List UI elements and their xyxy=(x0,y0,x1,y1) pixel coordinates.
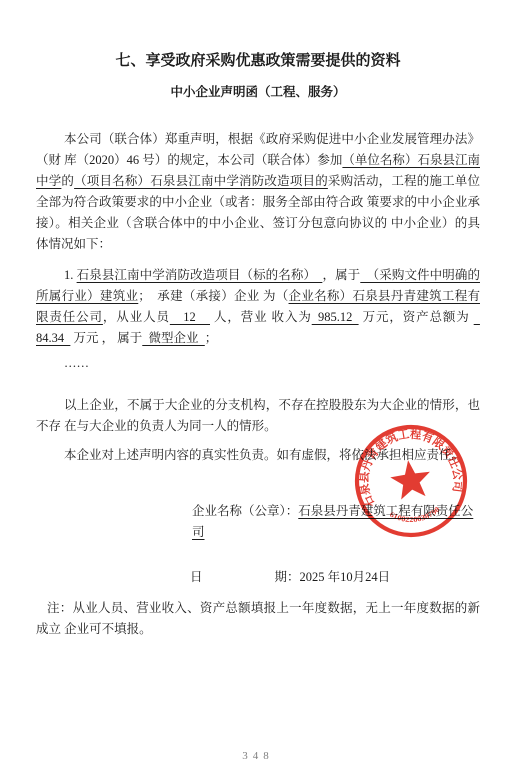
text-segment: 12 xyxy=(170,310,210,324)
date-word-qi: 期： xyxy=(275,570,300,584)
ellipsis-line: …… xyxy=(36,353,480,374)
text-segment: 万元 ， 属于 xyxy=(70,331,142,345)
text-segment: ； 承建（承接）企业 为（ xyxy=(138,289,288,303)
responsibility-paragraph: 本企业对上述声明内容的真实性负责。如有虚假，将依法承担相应责任。 xyxy=(36,445,480,466)
text-segment: 1. xyxy=(64,268,77,282)
document-title: 七、享受政府采购优惠政策需要提供的资料 xyxy=(36,52,480,70)
date-line: 日期：2025 年10月24日 xyxy=(190,567,480,588)
text-segment: 石泉县江南中学消防改造项目（标的名称） xyxy=(77,268,323,282)
document-subtitle: 中小企业声明函（工程、服务） xyxy=(36,85,480,100)
text-segment: 的 xyxy=(61,174,74,188)
company-name-line: 企业名称（公章）：石泉县丹青建筑工程有限责任公司 xyxy=(192,501,480,543)
date-word-ri: 日 xyxy=(190,570,203,584)
text-segment: ，从业人员 xyxy=(103,310,170,324)
company-name-label: 企业名称（公章）： xyxy=(192,504,298,518)
date-value: 2025 年10月24日 xyxy=(300,570,391,584)
text-segment: （项目名称）石泉县江南中学消防改造项目的 xyxy=(74,174,328,188)
text-segment: 万元，资产总额为 xyxy=(359,310,474,324)
text-segment: 985.12 xyxy=(312,310,359,324)
text-segment: ； xyxy=(205,331,218,345)
document-page: 七、享受政府采购优惠政策需要提供的资料 中小企业声明函（工程、服务） 本公司（联… xyxy=(0,0,516,774)
text-segment: ，属于 xyxy=(322,268,360,282)
declaration-intro-paragraph: 本公司（联合体）郑重声明，根据《政府采购促进中小企业发展管理办法》（财 库（20… xyxy=(36,129,480,255)
note-paragraph: 注：从业人员、营业收入、资产总额填报上一年度数据，无上一年度数据的新成立 企业可… xyxy=(36,598,480,640)
text-segment: 人，营业 收入为 xyxy=(210,310,312,324)
document-content: 七、享受政府采购优惠政策需要提供的资料 中小企业声明函（工程、服务） 本公司（联… xyxy=(0,0,516,640)
branch-statement-paragraph: 以上企业，不属于大企业的分支机构，不存在控股股东为大企业的情形，也不存 在与大企… xyxy=(36,395,480,437)
item-1-paragraph: 1. 石泉县江南中学消防改造项目（标的名称） ，属于 （采购文件中明确的所属行业… xyxy=(36,265,480,349)
text-segment: 微型企业 xyxy=(142,331,205,345)
page-number: 348 xyxy=(0,750,516,762)
